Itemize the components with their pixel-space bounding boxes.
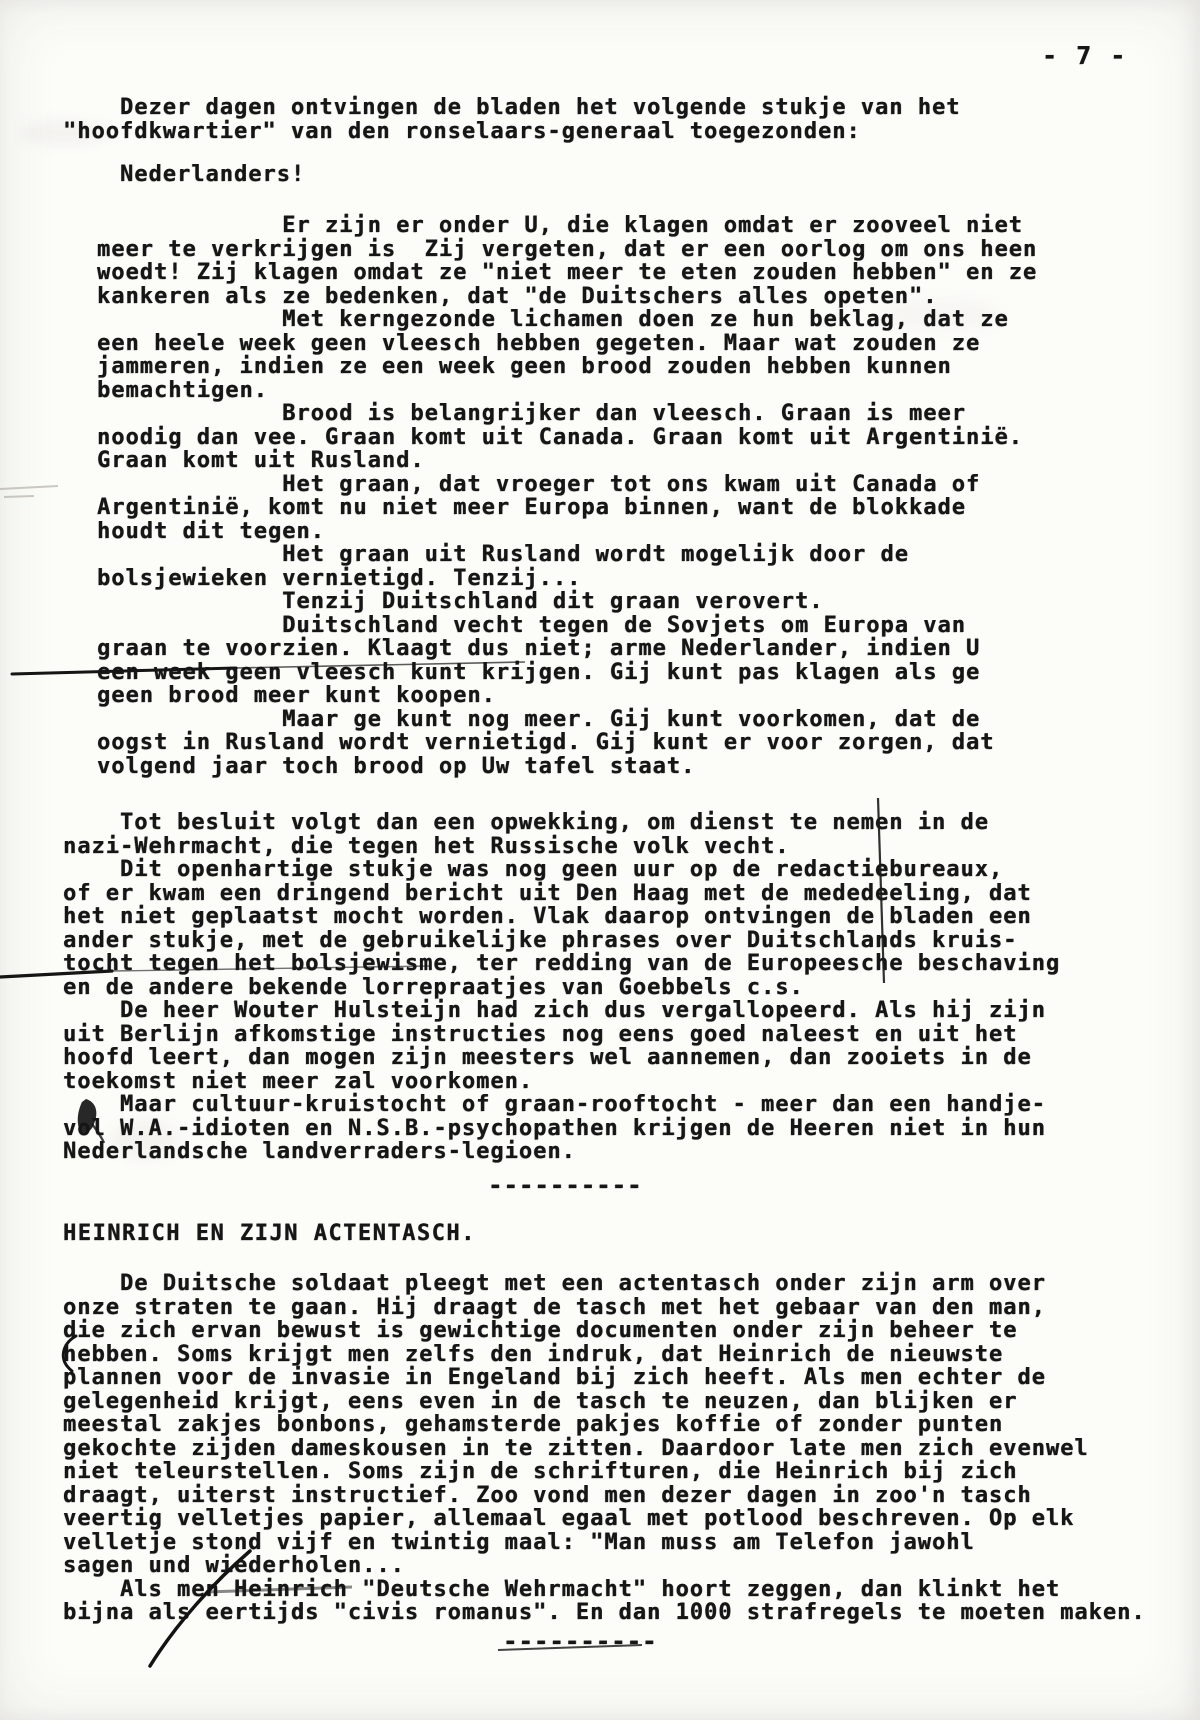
salutation: Nederlanders! [120, 163, 305, 187]
scanned-document-page: - 7 - Dezer dagen ontvingen de bladen he… [0, 0, 1200, 1720]
intro-paragraph: Dezer dagen ontvingen de bladen het volg… [63, 96, 960, 143]
quoted-letter-body: Er zijn er onder U, die klagen omdat er … [97, 214, 1037, 778]
end-separator-dashes: ---------- [503, 1630, 658, 1654]
article-body: De Duitsche soldaat pleegt met een acten… [63, 1272, 1146, 1625]
article-heading: HEINRICH EN ZIJN ACTENTASCH. [63, 1222, 476, 1246]
pencil-mark [0, 486, 58, 497]
section-separator-dashes: ---------- [488, 1174, 643, 1198]
page-number: - 7 - [1042, 44, 1127, 68]
editorial-commentary: Tot besluit volgt dan een opwekking, om … [63, 811, 1060, 1164]
